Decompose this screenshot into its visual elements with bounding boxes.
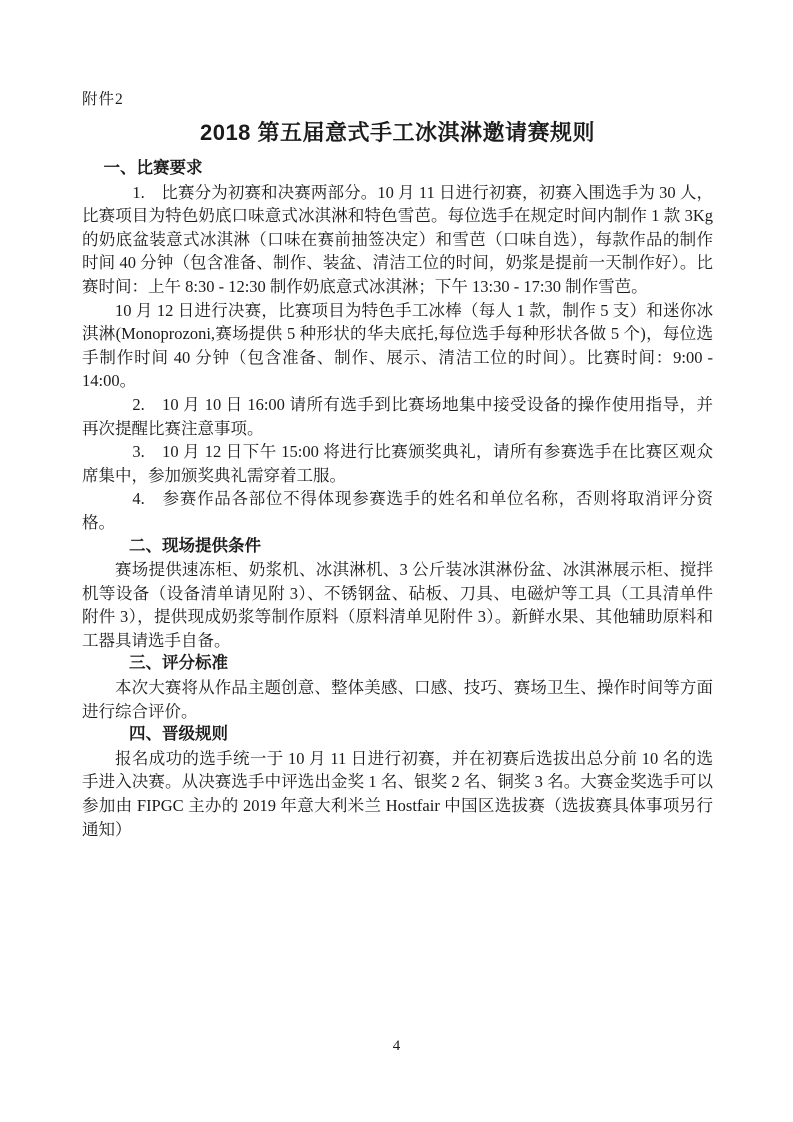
section-heading-competition-requirements: 一、比赛要求 — [82, 157, 713, 181]
paragraph: 2. 10 月 10 日 16:00 请所有选手到比赛场地集中接受设备的操作使用… — [82, 393, 713, 440]
paragraph: 10 月 12 日进行决赛，比赛项目为特色手工冰棒（每人 1 款，制作 5 支）… — [82, 299, 713, 393]
paragraph: 3. 10 月 12 日下午 15:00 将进行比赛颁奖典礼，请所有参赛选手在比… — [82, 440, 713, 487]
document-body: 一、比赛要求 1. 比赛分为初赛和决赛两部分。10 月 11 日进行初赛，初赛入… — [82, 157, 713, 841]
section-heading-scoring-criteria: 三、评分标准 — [82, 652, 713, 676]
attachment-label: 附件2 — [82, 89, 713, 111]
section-heading-onsite-provisions: 二、现场提供条件 — [82, 535, 713, 559]
paragraph: 报名成功的选手统一于 10 月 11 日进行初赛，并在初赛后选拔出总分前 10 … — [82, 747, 713, 841]
page-number: 4 — [0, 1036, 793, 1056]
document-content: 附件2 2018 第五届意式手工冰淇淋邀请赛规则 一、比赛要求 1. 比赛分为初… — [82, 0, 713, 841]
paragraph: 赛场提供速冻柜、奶浆机、冰淇淋机、3 公斤装冰淇淋份盆、冰淇淋展示柜、搅拌机等设… — [82, 558, 713, 652]
paragraph: 4. 参赛作品各部位不得体现参赛选手的姓名和单位名称，否则将取消评分资格。 — [82, 487, 713, 534]
paragraph: 本次大赛将从作品主题创意、整体美感、口感、技巧、赛场卫生、操作时间等方面进行综合… — [82, 676, 713, 723]
paragraph: 1. 比赛分为初赛和决赛两部分。10 月 11 日进行初赛，初赛入围选手为 30… — [82, 181, 713, 299]
section-heading-advancement-rules: 四、晋级规则 — [82, 723, 713, 747]
page-title: 2018 第五届意式手工冰淇淋邀请赛规则 — [82, 118, 713, 148]
document-page: 附件2 2018 第五届意式手工冰淇淋邀请赛规则 一、比赛要求 1. 比赛分为初… — [0, 0, 793, 1122]
